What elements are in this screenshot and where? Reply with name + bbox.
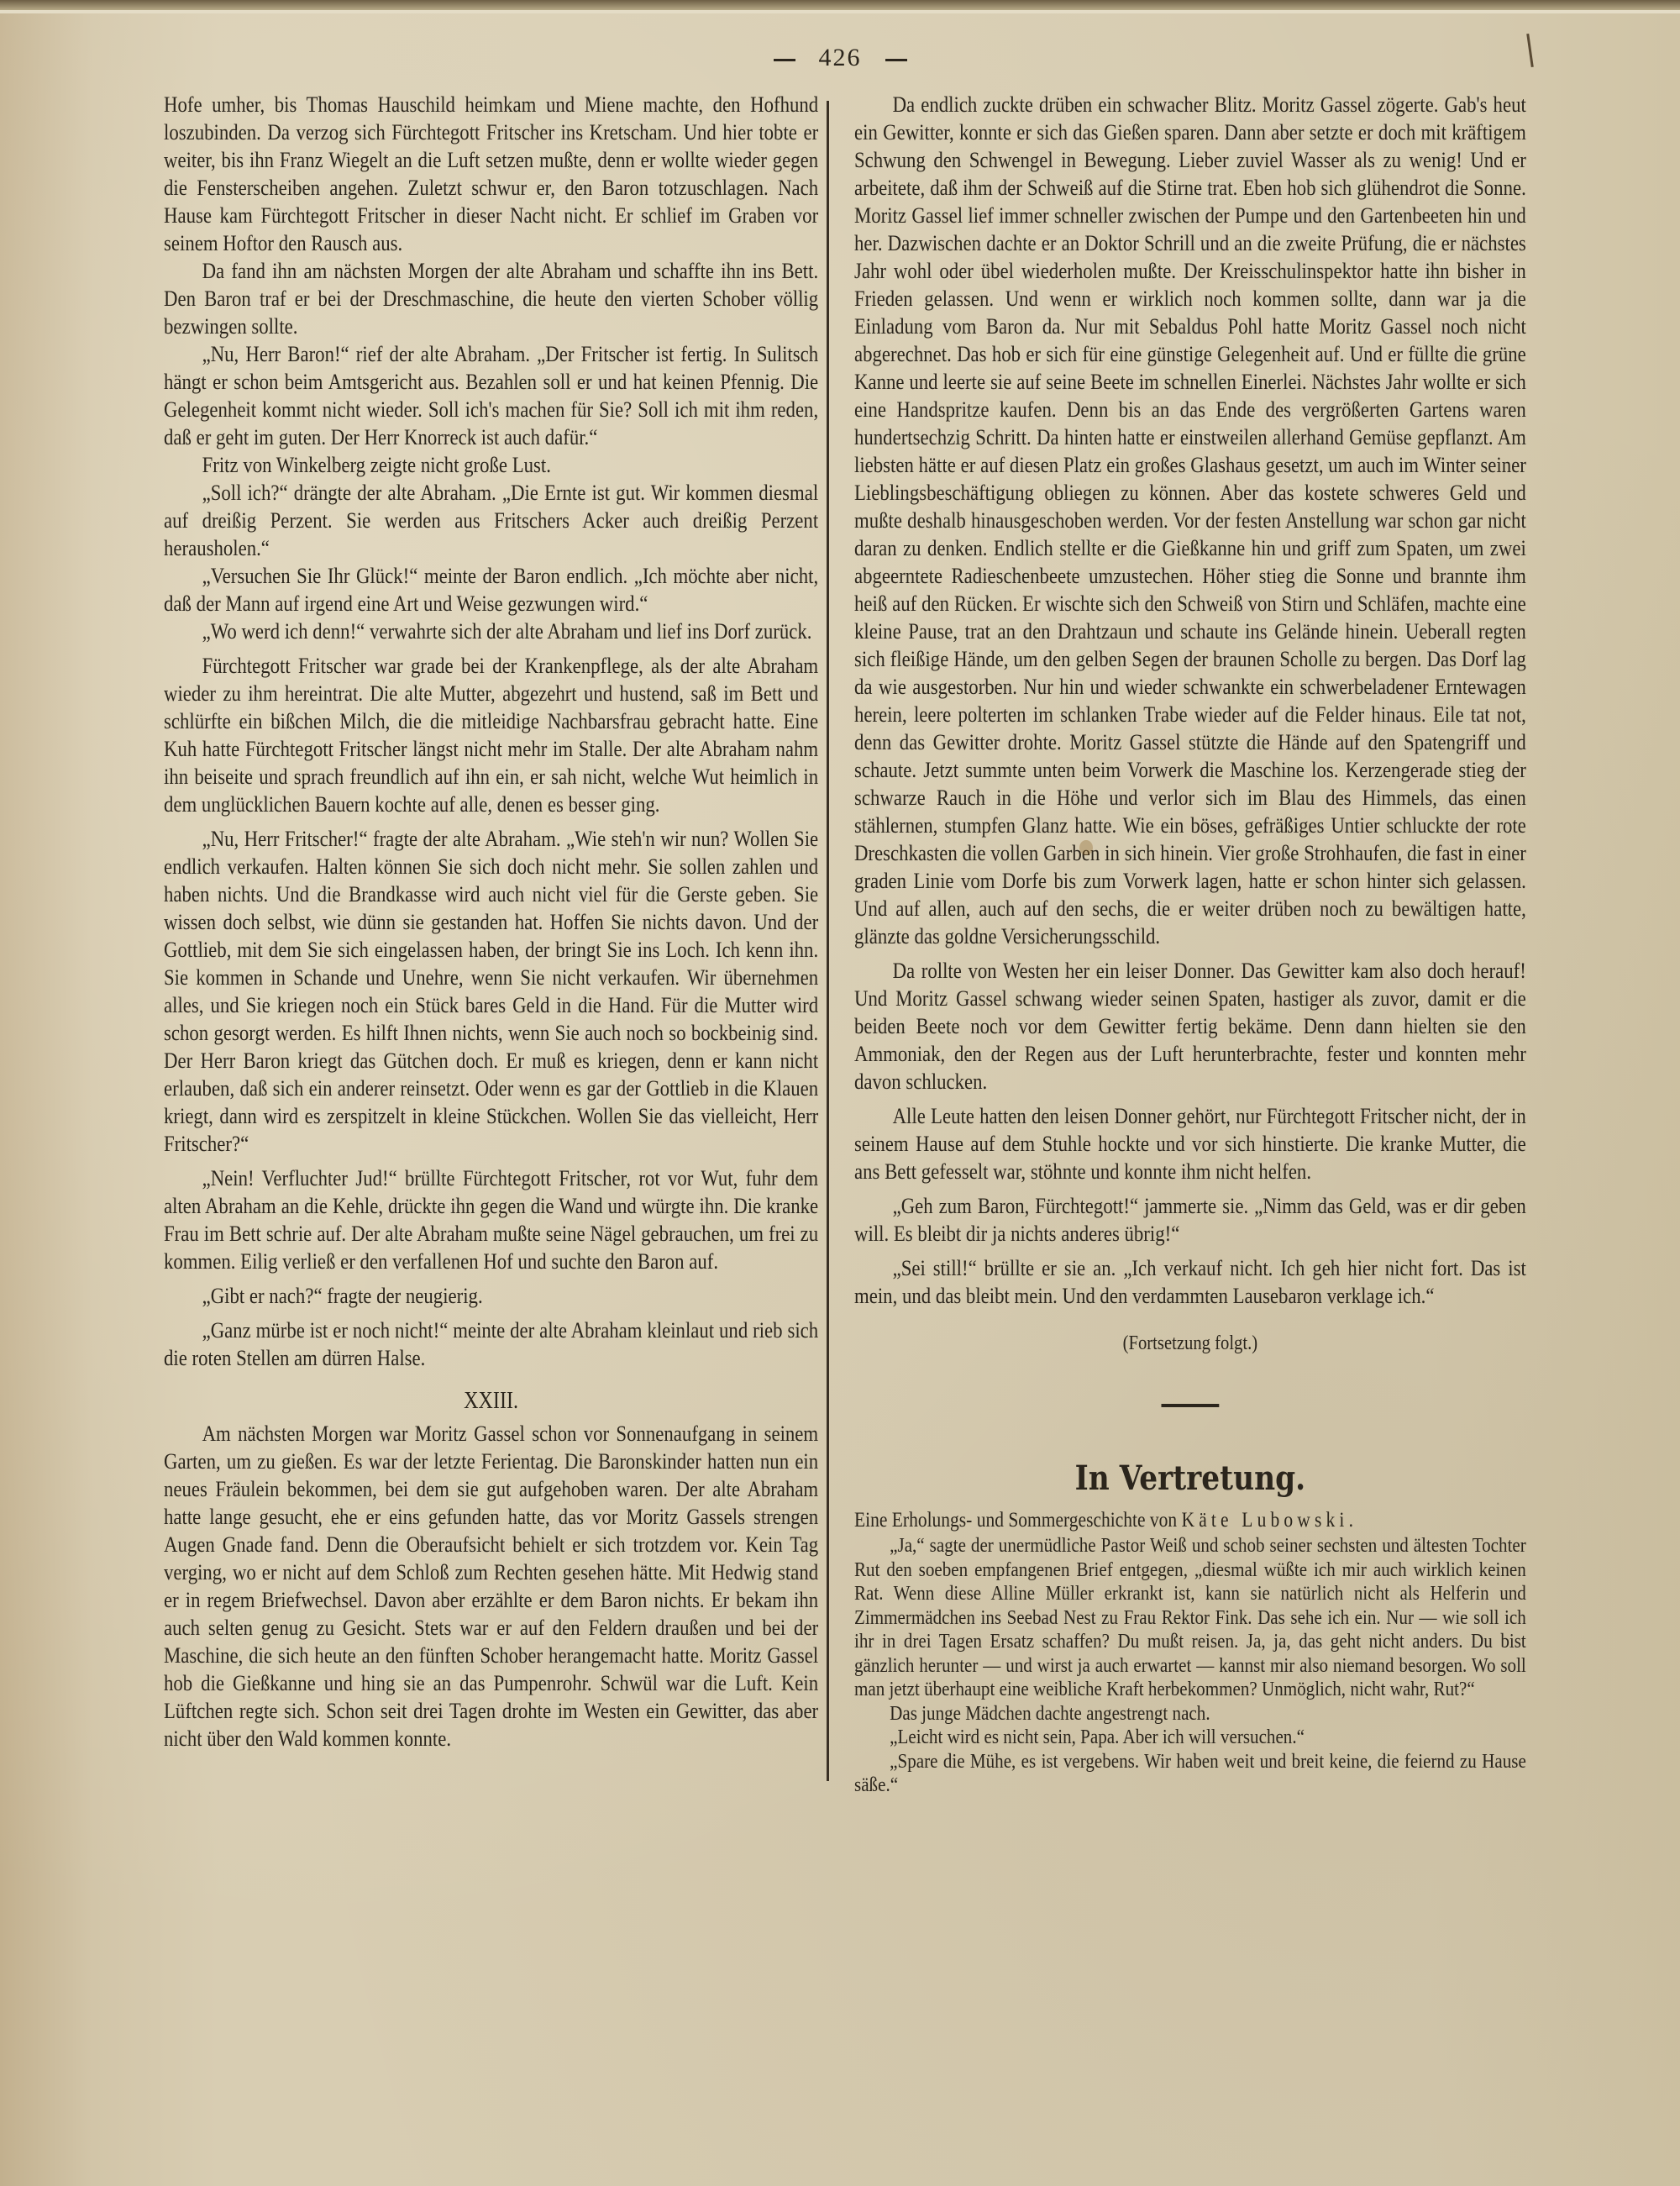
paragraph: Fritz von Winkelberg zeigte nicht große … [164,451,818,479]
paragraph: „Wo werd ich denn!“ verwahrte sich der a… [164,617,818,645]
paragraph: „Geh zum Baron, Fürchtegott!“ jammerte s… [854,1192,1526,1248]
paragraph: Alle Leute hatten den leisen Donner gehö… [854,1102,1526,1185]
paragraph: „Ja,“ sagte der unermüdliche Pastor Weiß… [854,1534,1526,1702]
paragraph: „Sei still!“ brüllte er sie an. „Ich ver… [854,1254,1526,1310]
paragraph: „Ganz mürbe ist er noch nicht!“ meinte d… [164,1316,818,1372]
paragraph: Hofe umher, bis Thomas Hauschild heimkam… [164,91,818,257]
left-column: Hofe umher, bis Thomas Hauschild heimkam… [164,91,818,1752]
paragraph: „Gibt er nach?“ fragte der neugierig. [164,1282,818,1310]
column-divider [827,101,829,1781]
scanned-newspaper-page: 426 Hofe umher, bis Thomas Hauschild hei… [0,0,1680,2186]
paragraph: „Nu, Herr Fritscher!“ fragte der alte Ab… [164,825,818,1158]
paragraph: Da endlich zuckte drüben ein schwacher B… [854,91,1526,950]
continuation-note: (Fortsetzung folgt.) [854,1330,1526,1358]
page-number: 426 [0,44,1680,72]
paragraph: „Soll ich?“ drängte der alte Abraham. „D… [164,479,818,562]
paragraph: „Nu, Herr Baron!“ rief der alte Abraham.… [164,340,818,451]
paragraph: „Leicht wird es nicht sein, Papa. Aber i… [854,1726,1526,1750]
paper-stain [1079,840,1093,855]
paragraph: „Versuchen Sie Ihr Glück!“ meinte der Ba… [164,562,818,617]
section-separator [1162,1404,1220,1407]
paragraph: Das junge Mädchen dachte angestrengt nac… [854,1702,1526,1726]
paragraph: „Spare die Mühe, es ist vergebens. Wir h… [854,1750,1526,1798]
right-column: Da endlich zuckte drüben ein schwacher B… [854,91,1526,1798]
paragraph: Da rollte von Westen her ein leiser Donn… [854,957,1526,1096]
page-number-value: 426 [819,44,862,71]
paragraph: Am nächsten Morgen war Moritz Gassel sch… [164,1420,818,1752]
page-number-dash-left [774,59,795,61]
paragraph: „Nein! Verfluchter Jud!“ brüllte Fürchte… [164,1164,818,1275]
page-top-edge-highlight [0,10,1680,13]
paragraph: Fürchtegott Fritscher war grade bei der … [164,652,818,818]
page-number-dash-right [885,59,907,61]
paragraph: Da fand ihn am nächsten Morgen der alte … [164,257,818,340]
page-top-edge [0,0,1680,10]
story-title: In Vertretung. [854,1458,1526,1500]
byline-author: Käte Lubowski. [1182,1509,1358,1532]
byline-prefix: Eine Erholungs- und Sommergeschichte von [854,1509,1182,1532]
chapter-heading: XXIII. [164,1387,818,1415]
story-byline: Eine Erholungs- und Sommergeschichte von… [854,1506,1526,1534]
